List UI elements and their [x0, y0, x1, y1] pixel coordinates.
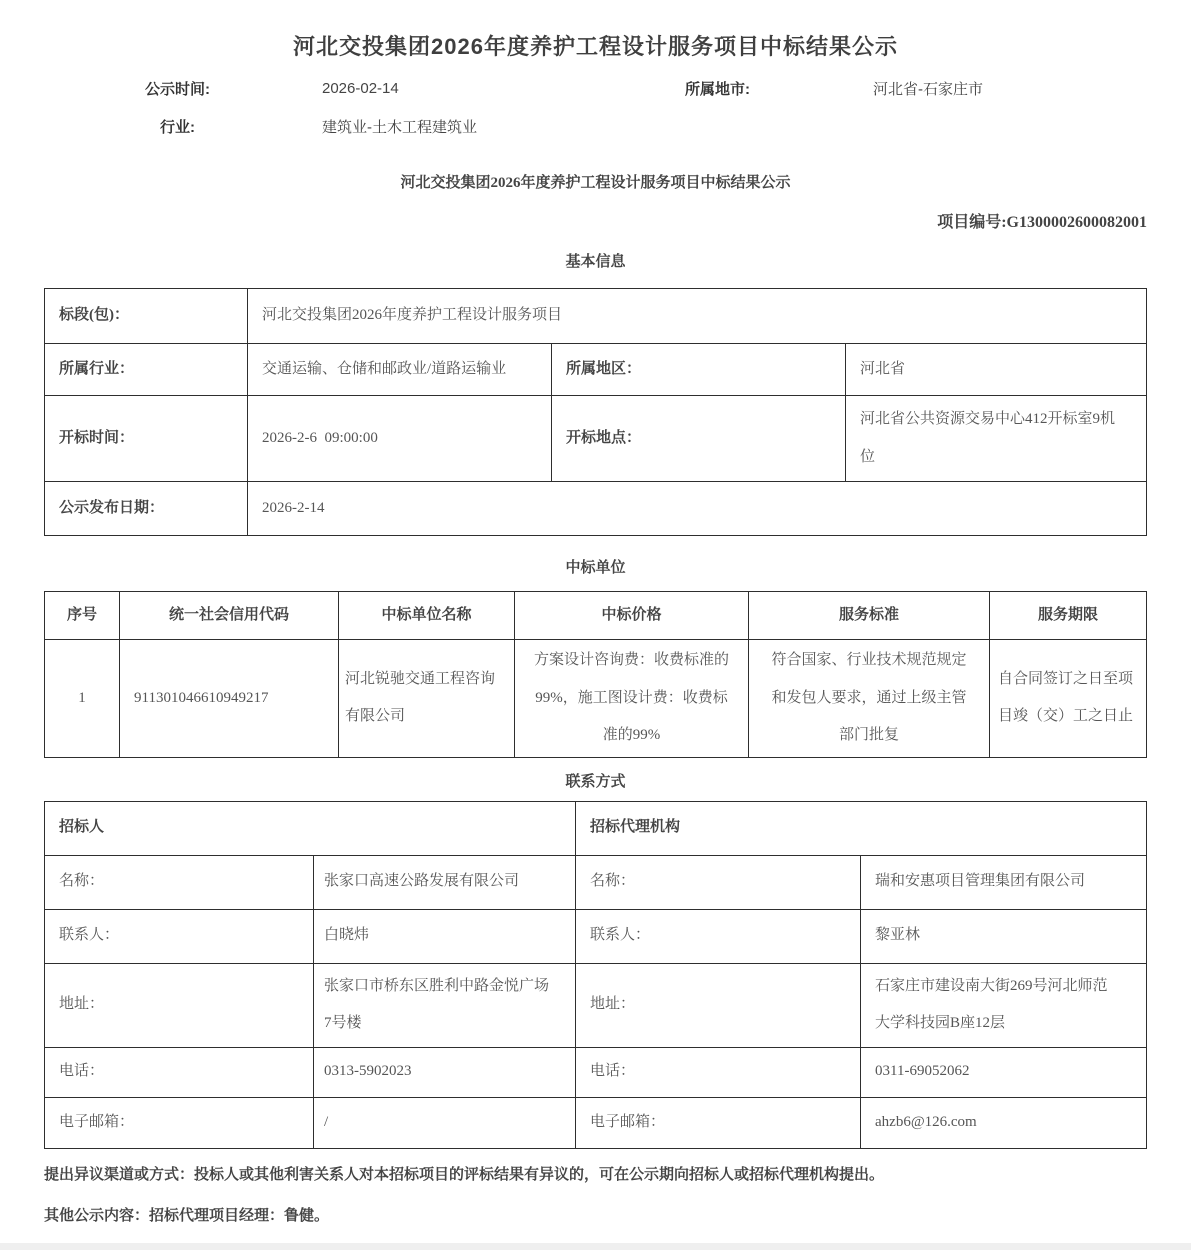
agency-header: 招标代理机构	[576, 801, 1147, 855]
agency-address-value: 石家庄市建设南大街269号河北师范大学科技园B座12层	[861, 963, 1147, 1047]
agency-person-value: 黎亚林	[861, 909, 1147, 963]
basic-info-heading: 基本信息	[0, 250, 1191, 271]
agency-phone-label: 电话：	[576, 1047, 861, 1097]
publish-time-value: 2026-02-14	[250, 80, 645, 97]
tenderer-name-label: 名称：	[45, 855, 314, 909]
tenderer-person-value: 白晓炜	[314, 909, 576, 963]
announcement-page: 河北交投集团2026年度养护工程设计服务项目中标结果公示 公示时间: 2026-…	[0, 30, 1191, 1227]
publish-time-label: 公示时间:	[105, 78, 250, 99]
objection-note: 提出异议渠道或方式：投标人或其他利害关系人对本招标项目的评标结果有异议的，可在公…	[44, 1165, 1147, 1186]
winners-header-row: 序号 统一社会信用代码 中标单位名称 中标价格 服务标准 服务期限	[45, 592, 1147, 640]
open-place-label: 开标地点：	[552, 396, 846, 482]
winner-row: 1 911301046610949217 河北锐驰交通工程咨询有限公司 方案设计…	[45, 640, 1147, 758]
tenderer-email-value: /	[314, 1097, 576, 1148]
bid-section-value: 河北交投集团2026年度养护工程设计服务项目	[248, 289, 1147, 344]
region-label: 所属地区：	[552, 344, 846, 396]
agency-person-label: 联系人：	[576, 909, 861, 963]
tenderer-address-value: 张家口市桥东区胜利中路金悦广场7号楼	[314, 963, 576, 1047]
agency-name-value: 瑞和安惠项目管理集团有限公司	[861, 855, 1147, 909]
region-value: 河北省	[846, 344, 1147, 396]
meta-row-1: 公示时间: 2026-02-14 所属地市: 河北省-石家庄市	[0, 69, 1191, 107]
contacts-table: 招标人 招标代理机构 名称： 张家口高速公路发展有限公司 名称： 瑞和安惠项目管…	[44, 801, 1147, 1149]
industry-label: 行业:	[105, 116, 250, 137]
tenderer-person-label: 联系人：	[45, 909, 314, 963]
winners-heading: 中标单位	[0, 556, 1191, 577]
tenderer-phone-label: 电话：	[45, 1047, 314, 1097]
agency-name-label: 名称：	[576, 855, 861, 909]
industry-field-value: 交通运输、仓储和邮政业/道路运输业	[248, 344, 552, 396]
city-label: 所属地市:	[645, 78, 790, 99]
col-header-period: 服务期限	[990, 592, 1147, 640]
industry-field-label: 所属行业：	[45, 344, 248, 396]
col-header-price: 中标价格	[515, 592, 749, 640]
tenderer-name-value: 张家口高速公路发展有限公司	[314, 855, 576, 909]
tenderer-phone-value: 0313-5902023	[314, 1047, 576, 1097]
page-title: 河北交投集团2026年度养护工程设计服务项目中标结果公示	[0, 30, 1191, 61]
meta-info: 公示时间: 2026-02-14 所属地市: 河北省-石家庄市 行业: 建筑业-…	[0, 69, 1191, 145]
col-header-standard: 服务标准	[749, 592, 990, 640]
agency-phone-value: 0311-69052062	[861, 1047, 1147, 1097]
industry-value: 建筑业-土木工程建筑业	[250, 116, 645, 137]
bid-section-label: 标段(包)：	[45, 289, 248, 344]
bottom-divider	[0, 1243, 1191, 1250]
project-number: 项目编号:G1300002600082001	[0, 209, 1191, 232]
winner-standard: 符合国家、行业技术规范规定和发包人要求，通过上级主管部门批复	[749, 640, 990, 758]
open-place-value: 河北省公共资源交易中心412开标室9机位	[846, 396, 1147, 482]
col-header-name: 中标单位名称	[339, 592, 515, 640]
table-row: 地址： 张家口市桥东区胜利中路金悦广场7号楼 地址： 石家庄市建设南大街269号…	[45, 963, 1147, 1047]
contacts-heading: 联系方式	[0, 770, 1191, 791]
table-row: 所属行业： 交通运输、仓储和邮政业/道路运输业 所属地区： 河北省	[45, 344, 1147, 396]
agency-address-label: 地址：	[576, 963, 861, 1047]
agency-email-label: 电子邮箱：	[576, 1097, 861, 1148]
tenderer-email-label: 电子邮箱：	[45, 1097, 314, 1148]
publish-date-value: 2026-2-14	[248, 482, 1147, 536]
open-time-label: 开标时间：	[45, 396, 248, 482]
table-row: 开标时间： 2026-2-6 09:00:00 开标地点： 河北省公共资源交易中…	[45, 396, 1147, 482]
winner-no: 1	[45, 640, 120, 758]
winners-table: 序号 统一社会信用代码 中标单位名称 中标价格 服务标准 服务期限 1 9113…	[44, 591, 1147, 758]
city-value: 河北省-石家庄市	[790, 78, 1191, 99]
table-row: 电话： 0313-5902023 电话： 0311-69052062	[45, 1047, 1147, 1097]
winner-credit-code: 911301046610949217	[120, 640, 339, 758]
table-row: 电子邮箱： / 电子邮箱： ahzb6@126.com	[45, 1097, 1147, 1148]
other-note: 其他公示内容：招标代理项目经理：鲁健。	[44, 1206, 1147, 1227]
meta-row-2: 行业: 建筑业-土木工程建筑业	[0, 107, 1191, 145]
publish-date-label: 公示发布日期：	[45, 482, 248, 536]
agency-email-value: ahzb6@126.com	[861, 1097, 1147, 1148]
table-row: 公示发布日期： 2026-2-14	[45, 482, 1147, 536]
contacts-header-row: 招标人 招标代理机构	[45, 801, 1147, 855]
winner-price: 方案设计咨询费：收费标准的99%，施工图设计费：收费标准的99%	[515, 640, 749, 758]
tenderer-header: 招标人	[45, 801, 576, 855]
table-row: 名称： 张家口高速公路发展有限公司 名称： 瑞和安惠项目管理集团有限公司	[45, 855, 1147, 909]
tenderer-address-label: 地址：	[45, 963, 314, 1047]
basic-info-table: 标段(包)： 河北交投集团2026年度养护工程设计服务项目 所属行业： 交通运输…	[44, 288, 1147, 536]
open-time-value: 2026-2-6 09:00:00	[248, 396, 552, 482]
table-row: 联系人： 白晓炜 联系人： 黎亚林	[45, 909, 1147, 963]
document-subtitle: 河北交投集团2026年度养护工程设计服务项目中标结果公示	[0, 171, 1191, 192]
col-header-credit-code: 统一社会信用代码	[120, 592, 339, 640]
winner-period: 自合同签订之日至项目竣（交）工之日止	[990, 640, 1147, 758]
table-row: 标段(包)： 河北交投集团2026年度养护工程设计服务项目	[45, 289, 1147, 344]
footer-notes: 提出异议渠道或方式：投标人或其他利害关系人对本招标项目的评标结果有异议的，可在公…	[44, 1165, 1147, 1227]
winner-name: 河北锐驰交通工程咨询有限公司	[339, 640, 515, 758]
col-header-no: 序号	[45, 592, 120, 640]
